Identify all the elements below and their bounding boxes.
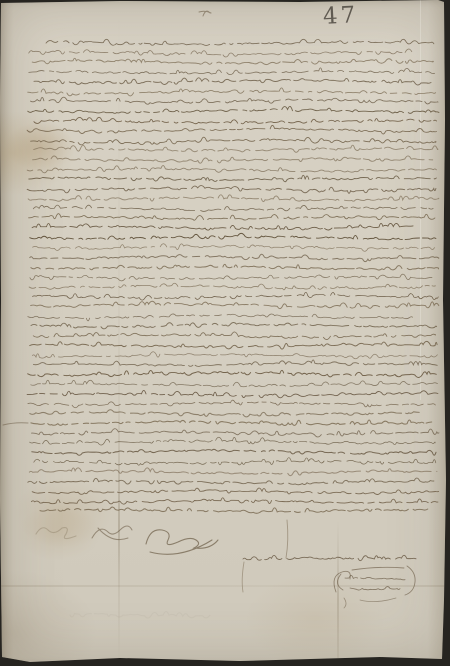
signature-flourishes bbox=[36, 526, 218, 554]
vertical-fold-crease-left bbox=[118, 0, 120, 666]
right-edge-crease bbox=[420, 0, 421, 400]
folio-number: 47 bbox=[322, 2, 359, 30]
horizontal-fold-crease bbox=[0, 585, 450, 587]
handwriting-ink-layer bbox=[0, 0, 450, 666]
manuscript-page: 47 bbox=[0, 0, 450, 666]
vertical-fold-crease-right bbox=[337, 0, 339, 666]
cross-mark bbox=[3, 11, 288, 618]
photograph-background: 47 bbox=[0, 0, 450, 666]
secretary-note-and-rubric bbox=[243, 555, 416, 608]
body-text-lines bbox=[27, 39, 439, 513]
